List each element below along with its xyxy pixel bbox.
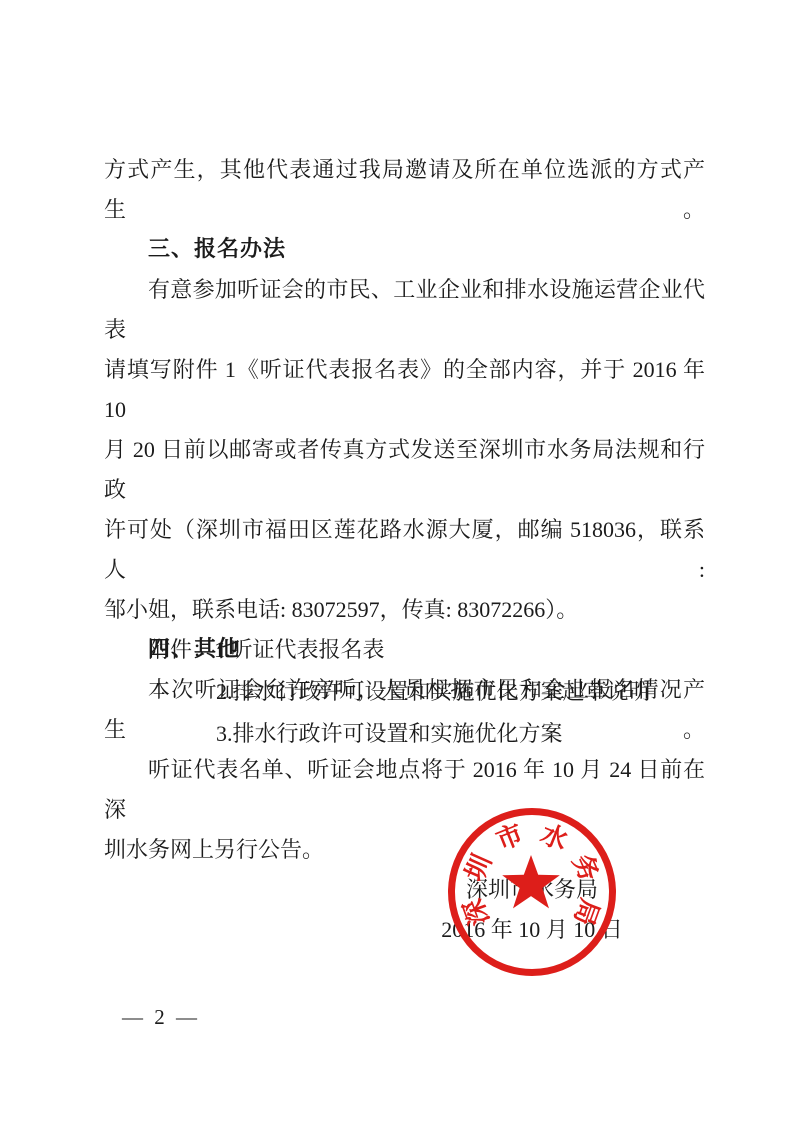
paragraph-line: 方式产生，其他代表通过我局邀请及所在单位选派的方式产生。 xyxy=(104,150,705,230)
body-text: 方式产生，其他代表通过我局邀请及所在单位选派的方式产生。 三、报名办法 有意参加… xyxy=(104,150,705,870)
signature-block: 深圳市水务局 2016 年 10 月 10 日 xyxy=(420,870,644,950)
paragraph-line: 月 20 日前以邮寄或者传真方式发送至深圳市水务局法规和行政 xyxy=(104,430,705,510)
paragraph-line: 许可处（深圳市福田区莲花路水源大厦，邮编 518036，联系人: xyxy=(104,510,705,590)
attachment-item: 附件：1.听证代表报名表 xyxy=(104,629,705,671)
attachment-label: 附件： xyxy=(148,637,214,662)
document-page: 方式产生，其他代表通过我局邀请及所在单位选派的方式产生。 三、报名办法 有意参加… xyxy=(0,0,800,1132)
signature-date: 2016 年 10 月 10 日 xyxy=(420,910,644,950)
paragraph-line: 有意参加听证会的市民、工业企业和排水设施运营企业代表 xyxy=(104,270,705,350)
attachment-item-3: 3.排水行政许可设置和实施优化方案 xyxy=(104,713,705,755)
paragraph-line: 听证代表名单、听证会地点将于 2016 年 10 月 24 日前在深 xyxy=(104,750,705,830)
section-heading-3: 三、报名办法 xyxy=(104,230,705,270)
attachment-list: 附件：1.听证代表报名表 2.排水行政许可设置和实施优化方案起草说明 3.排水行… xyxy=(104,629,705,755)
attachment-item-2: 2.排水行政许可设置和实施优化方案起草说明 xyxy=(104,671,705,713)
paragraph-line: 请填写附件 1《听证代表报名表》的全部内容，并于 2016 年 10 xyxy=(104,350,705,430)
signature-organization: 深圳市水务局 xyxy=(420,870,644,910)
paragraph-line: 邹小姐，联系电话: 83072597，传真: 83072266）。 xyxy=(104,590,705,630)
paragraph-line: 圳水务网上另行公告。 xyxy=(104,830,705,870)
attachment-item-1: 1.听证代表报名表 xyxy=(214,637,385,662)
page-number: — 2 — xyxy=(122,1005,200,1030)
